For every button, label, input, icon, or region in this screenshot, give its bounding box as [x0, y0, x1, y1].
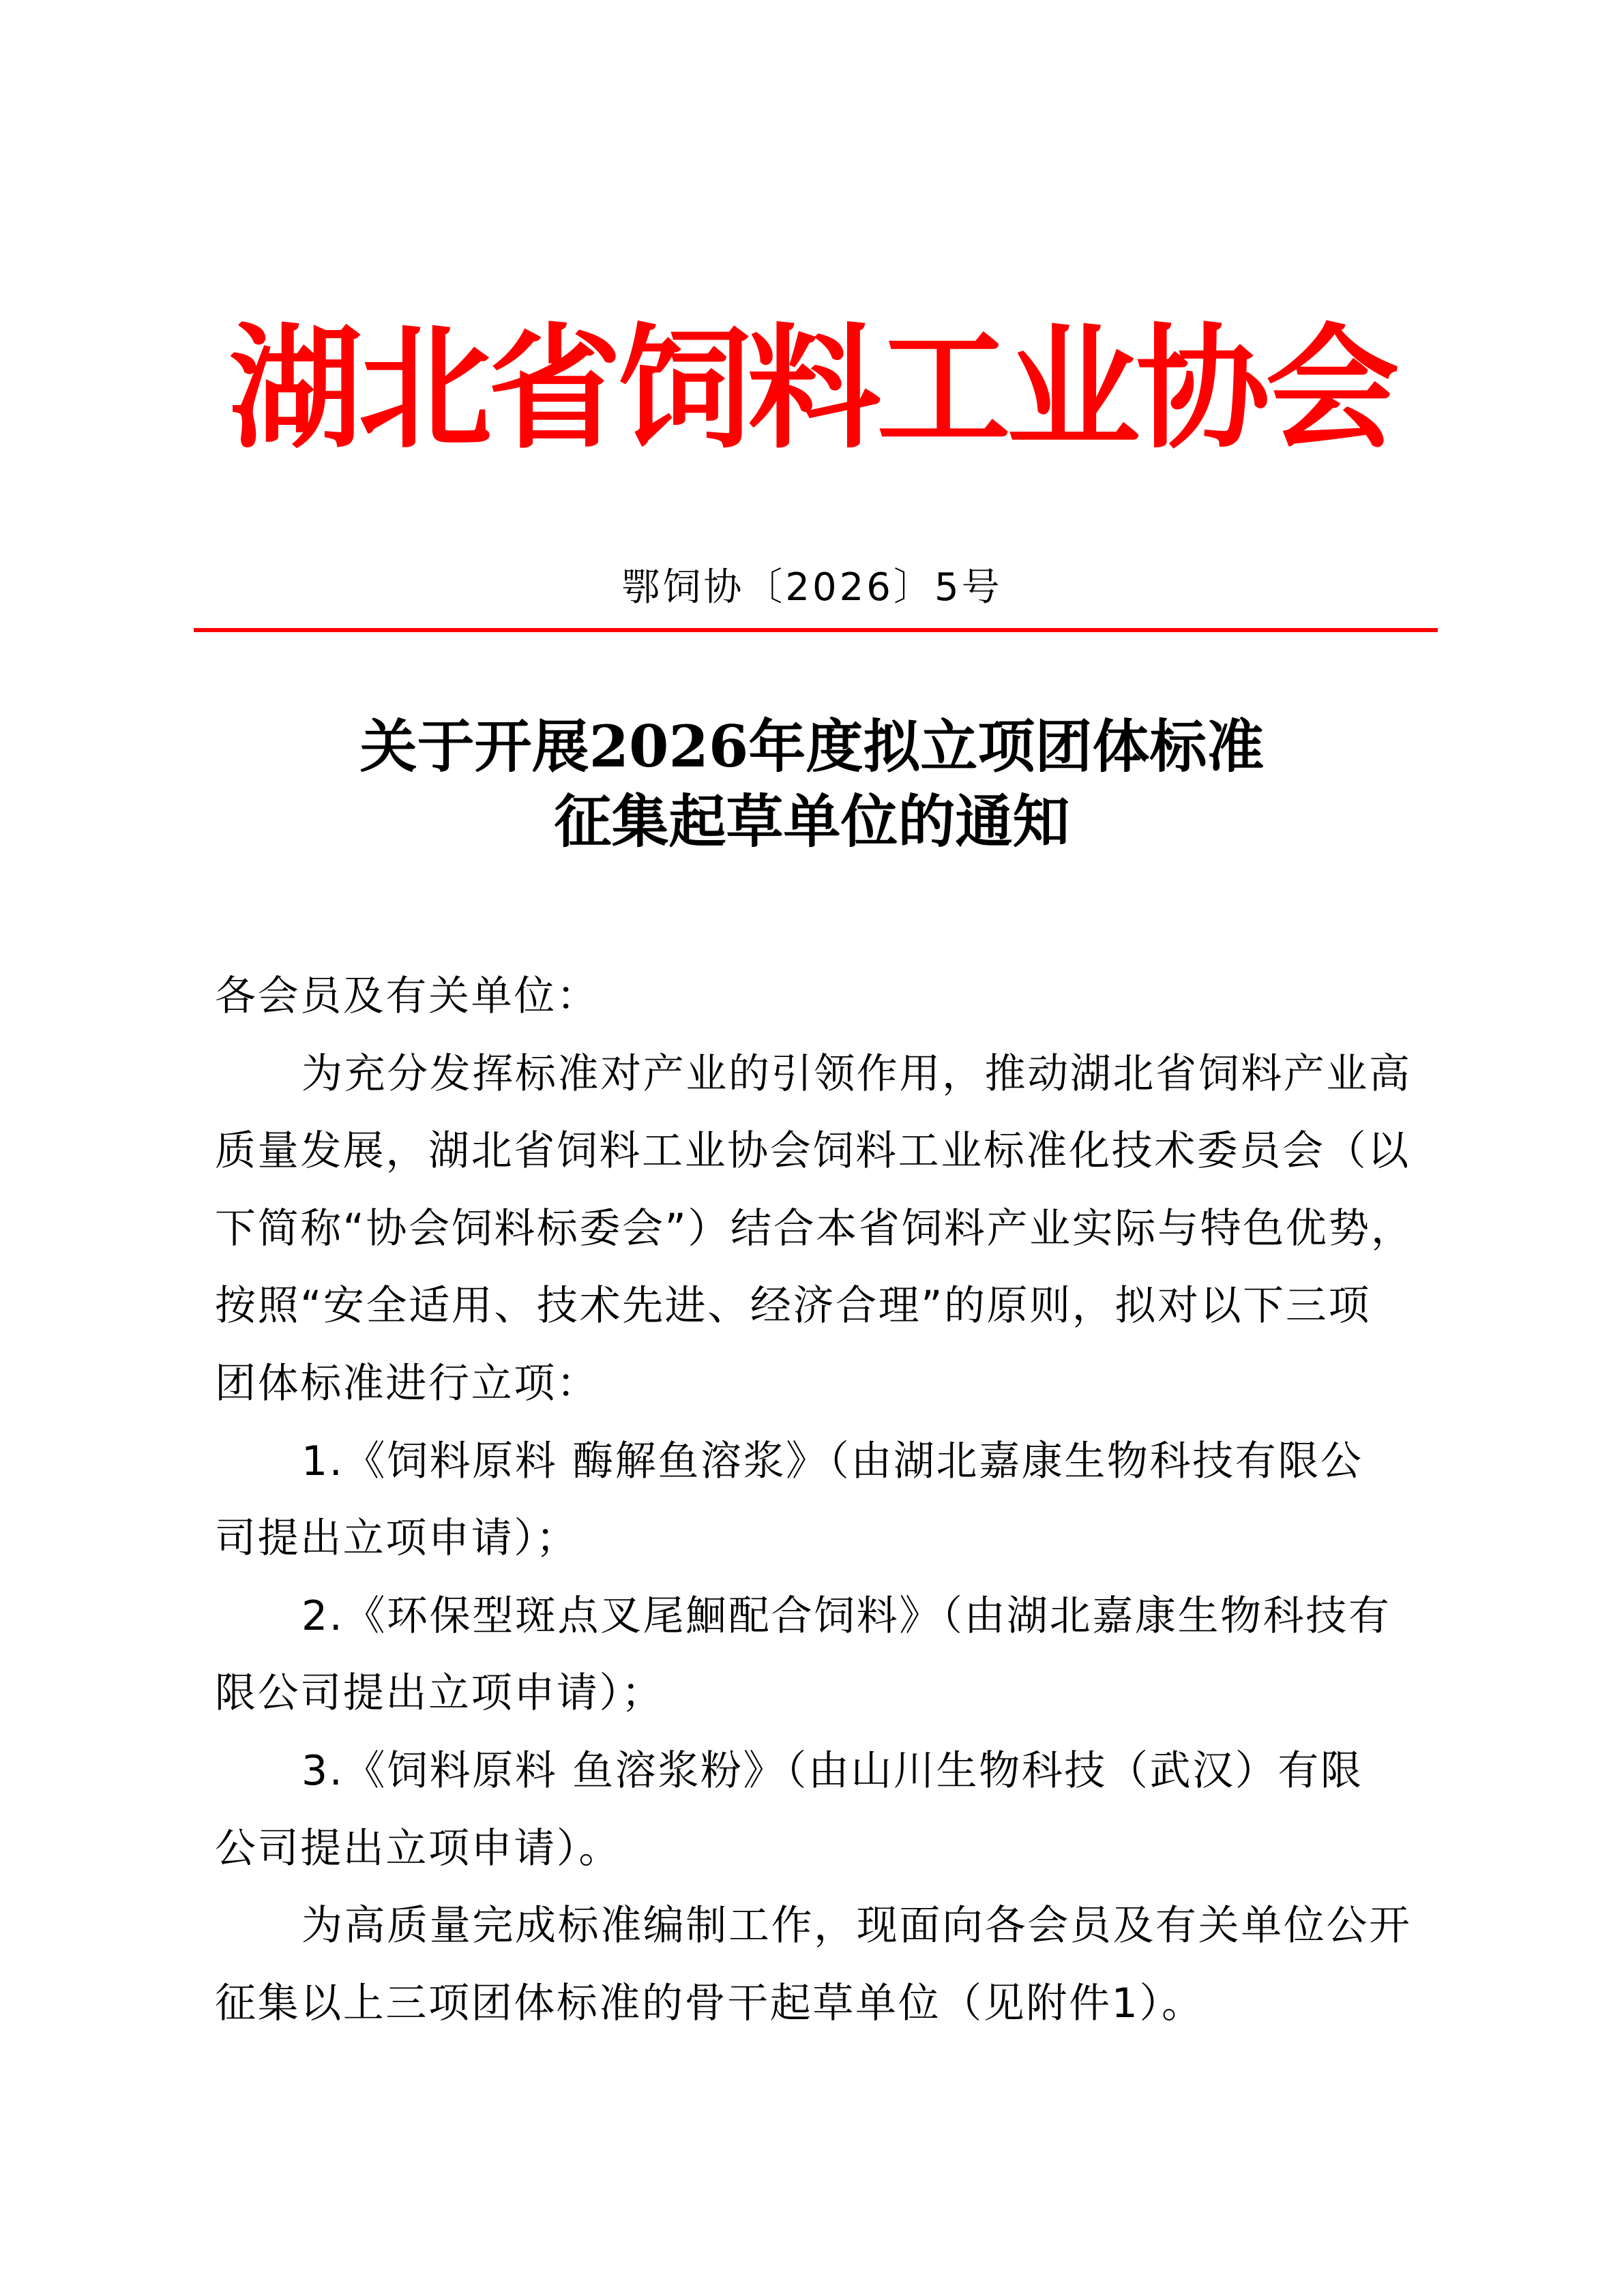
document-page: 湖北省饲料工业协会 鄂饲协〔2026〕5号 关于开展2026年度拟立项团体标准 … — [0, 0, 1624, 2296]
body-line: 为充分发挥标准对产业的引领作用，推动湖北省饲料产业高 — [215, 1036, 1429, 1114]
standard-item-3: 3.《饲料原料 鱼溶浆粉》（由山川生物科技（武汉）有限 — [215, 1733, 1429, 1810]
body-line: 为高质量完成标准编制工作，现面向各会员及有关单位公开 — [215, 1888, 1429, 1965]
body-line: 团体标准进行立项： — [215, 1345, 1429, 1423]
salutation: 各会员及有关单位： — [215, 958, 1429, 1036]
standard-item-2: 2.《环保型斑点叉尾鮰配合饲料》（由湖北嘉康生物科技有 — [215, 1578, 1429, 1656]
body-line: 按照“安全适用、技术先进、经济合理”的原则，拟对以下三项 — [215, 1268, 1429, 1345]
body-line: 征集以上三项团体标准的骨干起草单位（见附件1）。 — [215, 1965, 1429, 2043]
red-separator-line — [194, 628, 1438, 632]
standard-item-1: 1.《饲料原料 酶解鱼溶浆》（由湖北嘉康生物科技有限公 — [215, 1423, 1429, 1501]
standard-item-2-cont: 限公司提出立项申请）； — [215, 1655, 1429, 1733]
title-line-2: 征集起草单位的通知 — [0, 784, 1624, 859]
title-line-1: 关于开展2026年度拟立项团体标准 — [0, 709, 1624, 784]
body-line: 质量发展，湖北省饲料工业协会饲料工业标准化技术委员会（以 — [215, 1113, 1429, 1191]
standard-item-3-cont: 公司提出立项申请）。 — [215, 1810, 1429, 1888]
standard-item-1-cont: 司提出立项申请）； — [215, 1500, 1429, 1578]
masthead-organization-name: 湖北省饲料工业协会 — [0, 307, 1624, 471]
body-line: 下简称“协会饲料标委会”）结合本省饲料产业实际与特色优势， — [215, 1191, 1429, 1268]
document-title: 关于开展2026年度拟立项团体标准 征集起草单位的通知 — [0, 709, 1624, 859]
document-body: 各会员及有关单位： 为充分发挥标准对产业的引领作用，推动湖北省饲料产业高 质量发… — [215, 958, 1429, 2042]
document-number: 鄂饲协〔2026〕5号 — [0, 561, 1624, 615]
